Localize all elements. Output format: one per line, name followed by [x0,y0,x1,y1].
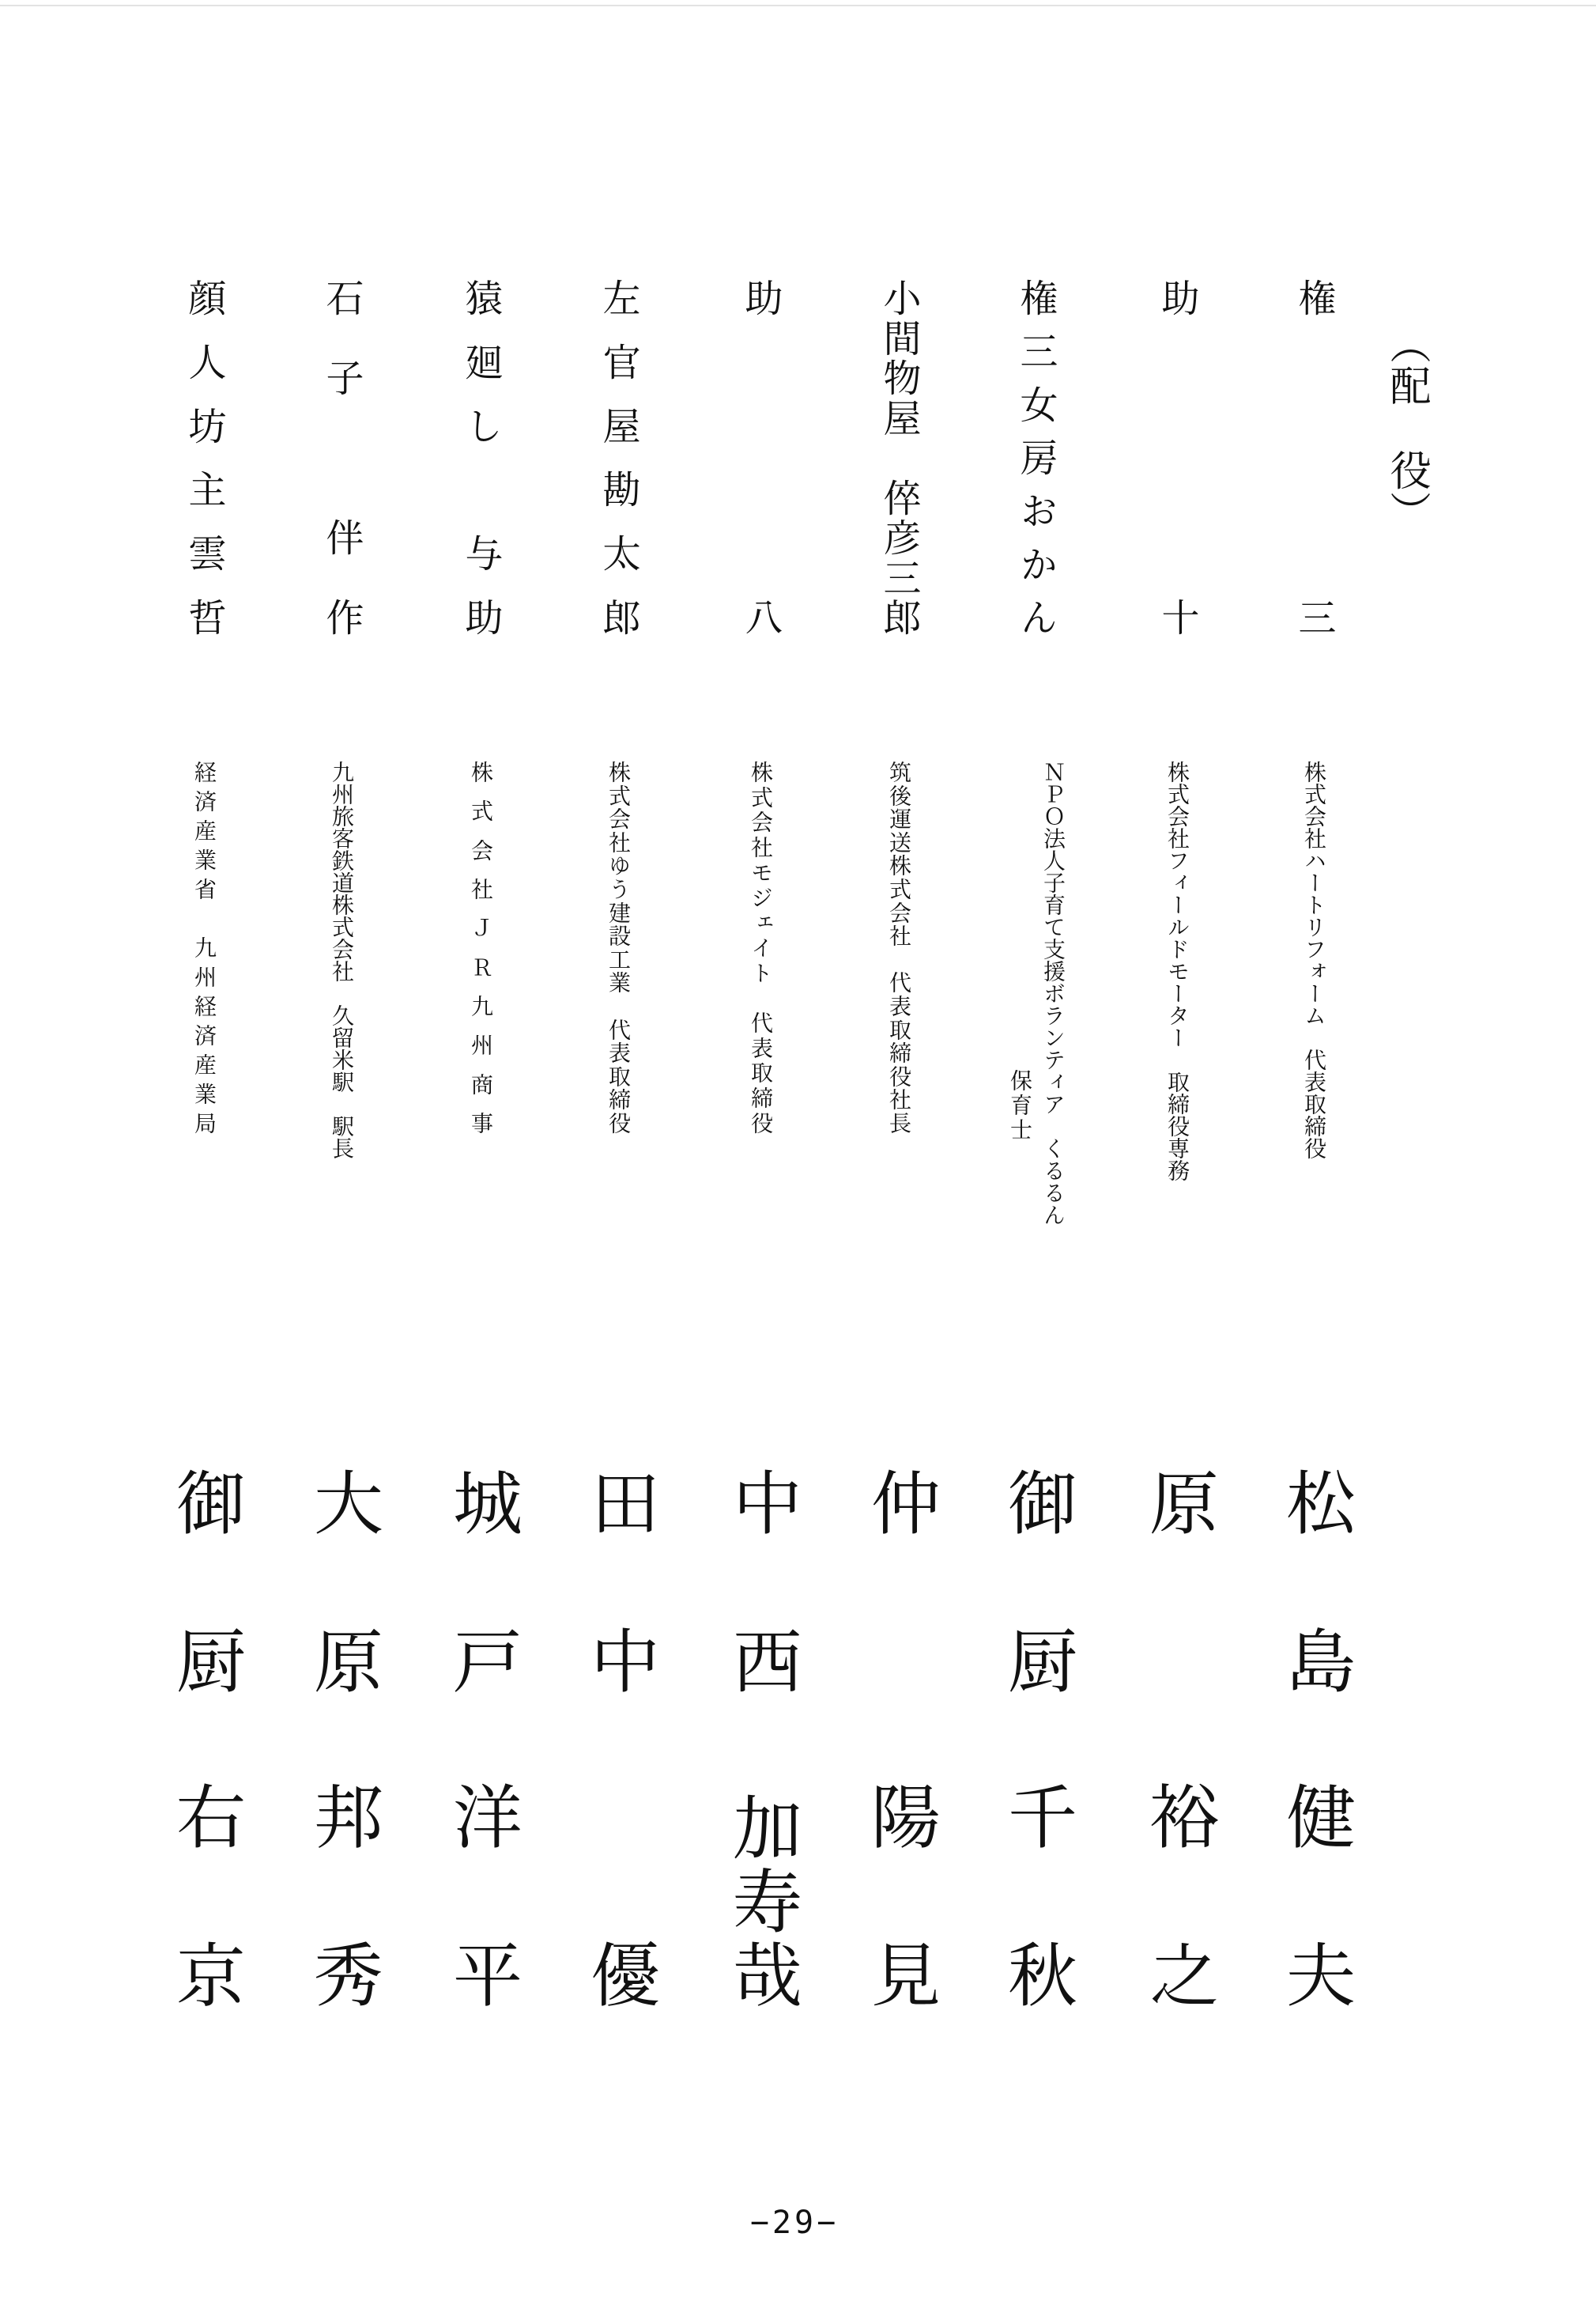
character: 駅 [327,1115,353,1137]
character: 原 [1138,1467,1213,1536]
character: ー [1163,1026,1188,1049]
character: 式 [1300,783,1325,805]
character: ん [1013,598,1055,636]
character: 産 [190,1053,215,1075]
character: 厨 [996,1625,1072,1695]
character: 育 [1006,1094,1031,1116]
character: 邦 [302,1781,378,1850]
character: 社 [466,878,492,900]
character: 州 [466,1033,492,1056]
character: 表 [1300,1071,1325,1093]
character: ォ [1300,960,1325,982]
character: 筑 [885,761,910,783]
character: 運 [885,807,910,829]
character: 間 [877,319,918,357]
cast-affiliation-line: 株式会社ハートリフォーム 代表取締役 [1300,761,1325,1134]
character: 専 [1163,1137,1188,1159]
cast-actor-name: 城戸洋平 [441,1467,517,2008]
character: 松 [1274,1467,1350,1536]
character: 保 [1006,1069,1031,1091]
character: モ [1163,960,1188,982]
character: 送 [885,831,910,853]
character: テ [1039,1049,1064,1071]
cast-list-page: { "header": { "text": "（配 役）" }, "cast":… [0,0,1596,2305]
cast-affiliation: 株式会社ゆう建設工業 代表取締役 [604,761,629,1134]
character: ー [1163,982,1188,1004]
character: 九 [190,936,215,958]
cast-role: 助八 [738,278,779,636]
character [1039,1115,1064,1137]
character: 表 [885,995,910,1017]
character: 締 [1163,1093,1188,1115]
character: 長 [327,1137,353,1159]
character: ） [1381,491,1427,532]
character: 彦 [877,518,918,556]
character: 配 [1381,365,1427,406]
character: ェ [746,911,772,933]
character: 左 [596,278,637,316]
character [319,438,360,476]
character: 裕 [1138,1781,1213,1850]
character: 業 [190,848,215,871]
character: フ [1300,938,1325,960]
character: う [604,878,629,900]
character: 局 [190,1112,215,1134]
character: 会 [885,901,910,924]
actor-given-name: 千秋 [996,1781,1072,2008]
cast-role: 顔人坊主雲哲 [182,278,223,636]
character: 健 [1274,1781,1350,1850]
character: ん [1039,1204,1064,1226]
character: ル [1163,916,1188,938]
character: 西 [721,1625,797,1695]
character: ム [1300,1004,1325,1026]
character: 役 [1163,1115,1188,1137]
character: 商 [466,1073,492,1095]
character: 株 [1163,761,1188,783]
character: 雲 [182,534,223,572]
character: フ [1163,849,1188,871]
actor-surname: 中西 [721,1467,797,1695]
cast-actor-name: 御厨右京 [164,1467,240,2008]
actor-given-name: 裕之 [1138,1781,1213,2008]
character: 屋 [596,406,637,444]
character: 子 [1039,871,1064,894]
character: 島 [1274,1625,1350,1695]
character: 取 [1300,1093,1325,1115]
character: 社 [885,924,910,947]
character: し [458,406,500,444]
character: 助 [738,278,779,316]
cast-affiliation: 株式会社ハートリフォーム 代表取締役 [1300,761,1325,1134]
character: 株 [885,854,910,876]
character: 助 [458,598,500,636]
character [1300,1026,1325,1049]
actor-surname: 城戸 [441,1467,517,1695]
character [190,907,215,929]
actor-given-name: 右京 [164,1781,240,2008]
character: Ｏ [1039,805,1064,827]
character: 締 [1300,1115,1325,1137]
character: 株 [1300,761,1325,783]
character: 法 [1039,827,1064,849]
character: 会 [327,938,353,960]
character: 作 [319,598,360,636]
character: 郎 [877,598,918,636]
character: 留 [327,1026,353,1049]
character: 役 [604,1112,629,1134]
character: 権 [1013,278,1055,316]
character: 式 [746,786,772,808]
cast-actor-name: 松島健夫 [1274,1467,1350,2008]
character: 主 [182,470,223,508]
character: 千 [996,1781,1072,1850]
cast-affiliation-line: 株式会社モジェイト 代表取締役 [746,761,772,1134]
character: 中 [579,1625,655,1695]
character: ー [1163,894,1188,916]
cast-affiliation: 株式会社ＪＲ九州商事 [466,761,492,1134]
character: 石 [319,278,360,316]
character: 猿 [458,278,500,316]
page-number: −29− [715,2205,873,2241]
character: か [1013,545,1055,583]
character: 州 [190,965,215,988]
character: 哉 [721,1939,797,2008]
character: 女 [1013,385,1055,423]
cast-affiliation-line: 株式会社ゆう建設工業 代表取締役 [604,761,629,1134]
cast-affiliation-line: 九州旅客鉄道株式会社 久留米駅 駅長 [327,761,353,1134]
character: 業 [190,1083,215,1105]
cast-role: 権三 [1292,278,1333,636]
character: 代 [885,971,910,993]
cast-affiliation: ＮＰＯ法人子育て支援ボランティア くるるん保育士 [1021,761,1047,1134]
scan-artifact-line [0,5,1596,6]
cast-actor-name: 仲陽見 [859,1467,935,2008]
character: 九 [466,995,492,1017]
character: 役 [1300,1137,1325,1159]
character: 太 [596,534,637,572]
cast-role: 猿廻し 与助 [458,278,500,636]
character: イ [746,936,772,958]
character: 子 [319,358,360,396]
actor-surname: 大原 [302,1467,378,1695]
cast-actor-name: 原裕之 [1138,1467,1213,2008]
character: 八 [738,598,779,636]
character: 株 [746,761,772,783]
character: 表 [746,1037,772,1059]
character: 式 [604,784,629,807]
character: 代 [746,1011,772,1033]
character: 伴 [319,518,360,556]
character: 会 [466,839,492,861]
character: 取 [1163,1071,1188,1093]
character: て [1039,916,1064,938]
character: 陽 [859,1781,935,1850]
character: 役 [746,1112,772,1134]
character: 社 [1163,827,1188,849]
character: 人 [182,342,223,380]
character: 倅 [877,478,918,516]
character [604,995,629,1017]
character: 式 [327,916,353,938]
character: 式 [466,799,492,822]
character: 小 [877,278,918,316]
character [885,948,910,970]
actor-given-name: 洋平 [441,1781,517,2008]
character: 寿 [721,1865,797,1935]
character: 戸 [441,1625,517,1695]
character: 旅 [327,805,353,827]
character: 勘 [596,470,637,508]
character: 役 [885,1065,910,1087]
character: 平 [441,1939,517,2008]
character: 仲 [859,1467,935,1536]
cast-role: 石子 伴作 [319,278,360,636]
character: 株 [604,761,629,783]
cast-role: 左官屋勘太郎 [596,278,637,636]
cast-role: 助十 [1155,278,1196,636]
character: 助 [1155,278,1196,316]
character: 社 [885,1088,910,1110]
cast-affiliation: 九州旅客鉄道株式会社 久留米駅 駅長 [327,761,353,1134]
character: 九 [327,761,353,783]
character: 事 [466,1112,492,1134]
actor-given-name: 健夫 [1274,1781,1350,2008]
character: 会 [746,811,772,833]
character: 原 [302,1625,378,1695]
actor-given-name: 優 [579,1939,655,2008]
character: ー [1300,982,1325,1004]
character: 取 [885,1018,910,1041]
character: ジ [746,886,772,909]
character: 取 [746,1061,772,1083]
character: 済 [190,790,215,812]
character: 之 [1138,1939,1213,2008]
character: 代 [1300,1049,1325,1071]
character: 産 [190,819,215,841]
character: 役 [1381,449,1427,490]
cast-actor-name: 御厨千秋 [996,1467,1072,2008]
character: 株 [466,761,492,783]
character: 三 [877,558,918,596]
character: ィ [1163,871,1188,894]
character: 工 [604,948,629,970]
character: 務 [1163,1159,1188,1181]
actor-surname: 御厨 [164,1467,240,1695]
character [1381,407,1427,448]
character: 坊 [182,406,223,444]
character: 社 [746,836,772,858]
character: 建 [604,901,629,924]
character: 厨 [164,1625,240,1695]
character: 秀 [302,1939,378,2008]
cast-actor-name: 田中優 [579,1467,655,2008]
character: 中 [721,1467,797,1536]
character: 秋 [996,1939,1072,2008]
character [327,982,353,1004]
character: 房 [1013,438,1055,476]
character: ン [1039,1026,1064,1049]
cast-actor-name: 大原邦秀 [302,1467,378,2008]
character: ト [746,962,772,984]
character: 顔 [182,278,223,316]
cast-affiliation-line: 株式会社フィールドモーター 取締役専務 [1163,761,1188,1134]
character: 会 [1163,805,1188,827]
character: 官 [596,342,637,380]
character: 城 [441,1467,517,1536]
actor-surname: 田中 [579,1467,655,1695]
character: Ｒ [466,956,492,978]
character: ボ [1039,982,1064,1004]
character: 育 [1039,894,1064,916]
character: 田 [579,1467,655,1536]
character: 人 [1039,849,1064,871]
character: 表 [604,1041,629,1064]
character: 哲 [182,598,223,636]
character: 代 [604,1018,629,1041]
cast-affiliation-line: 保育士 [1006,1069,1031,1140]
character: 社 [327,960,353,982]
cast-affiliation: 株式会社モジェイト 代表取締役 [746,761,772,1134]
character: ド [1163,938,1188,960]
character: 大 [302,1467,378,1536]
cast-affiliation-line: ＮＰＯ法人子育て支援ボランティア くるるん [1039,761,1064,1134]
character: 州 [327,783,353,805]
character: ト [1300,894,1325,916]
character: 右 [164,1781,240,1850]
actor-surname: 仲 [859,1467,935,1536]
character: 廻 [458,342,500,380]
character: 米 [327,1049,353,1071]
character: 会 [604,807,629,829]
character: リ [1300,916,1325,938]
character: 加 [721,1792,797,1861]
character: 援 [1039,960,1064,982]
actor-given-name: 陽見 [859,1781,935,2008]
character: 十 [1155,598,1196,636]
cast-affiliation-line: 経済産業省 九州経済産業局 [190,761,215,1134]
character: 済 [190,1024,215,1046]
character [327,1093,353,1115]
character: 久 [327,1004,353,1026]
character: 御 [164,1467,240,1536]
character: 見 [859,1939,935,2008]
character: 権 [1292,278,1333,316]
actor-given-name: 邦秀 [302,1781,378,2008]
character: 鉄 [327,849,353,871]
cast-role: 小間物屋 倅彦三郎 [877,278,918,636]
character: 客 [327,827,353,849]
character: 夫 [1274,1939,1350,2008]
character: 取 [604,1065,629,1087]
character: る [1039,1181,1064,1204]
character: 経 [190,995,215,1017]
character: 与 [458,534,500,572]
cast-affiliation-line: 筑後運送株式会社 代表取締役社長 [885,761,910,1134]
cast-actor-name: 中西加寿哉 [721,1467,797,2008]
character: ィ [1039,1071,1064,1093]
character: 道 [327,871,353,894]
character: 後 [885,784,910,807]
character: ハ [1300,849,1325,871]
character [877,438,918,476]
character: （ [1381,323,1427,364]
cast-affiliation-line: 株式会社ＪＲ九州商事 [466,761,492,1134]
character: 設 [604,924,629,947]
character: ゆ [604,854,629,876]
cast-heading: （配 役） [1381,323,1427,532]
cast-role: 権三女房おかん [1013,278,1055,636]
actor-given-name: 加寿哉 [721,1792,797,2008]
character: タ [1163,1004,1188,1026]
character: Ｊ [466,916,492,939]
character: 式 [1163,783,1188,805]
character: 会 [1300,805,1325,827]
character: 社 [1300,827,1325,849]
character: お [1013,491,1055,529]
character: 株 [327,894,353,916]
character: 締 [604,1088,629,1110]
character: Ｎ [1039,761,1064,783]
character: モ [746,861,772,883]
character: 支 [1039,938,1064,960]
character [746,986,772,1008]
character: ラ [1039,1004,1064,1026]
character: 業 [604,971,629,993]
character: 郎 [596,598,637,636]
character: 経 [190,761,215,783]
character: 士 [1006,1118,1031,1140]
character [458,470,500,508]
character: 長 [885,1112,910,1134]
cast-affiliation: 株式会社フィールドモーター 取締役専務 [1163,761,1188,1134]
character: 洋 [441,1781,517,1850]
cast-affiliation: 筑後運送株式会社 代表取締役社長 [885,761,910,1134]
character: Ｐ [1039,783,1064,805]
actor-surname: 松島 [1274,1467,1350,1695]
character: く [1039,1137,1064,1159]
actor-surname: 原 [1138,1467,1213,1536]
cast-affiliation: 経済産業省 九州経済産業局 [190,761,215,1134]
character: 三 [1292,598,1333,636]
character: 締 [746,1086,772,1109]
character: 御 [996,1467,1072,1536]
actor-surname: 御厨 [996,1467,1072,1695]
character: る [1039,1159,1064,1181]
character: 屋 [877,399,918,436]
character: ー [1300,871,1325,894]
character: 三 [1013,331,1055,369]
character: 京 [164,1939,240,2008]
character: 式 [885,878,910,900]
character: ア [1039,1093,1064,1115]
character: 優 [579,1939,655,2008]
character: 締 [885,1041,910,1064]
character: 物 [877,358,918,396]
character: 社 [604,831,629,853]
character [1163,1049,1188,1071]
character: 省 [190,878,215,900]
character: 駅 [327,1071,353,1093]
